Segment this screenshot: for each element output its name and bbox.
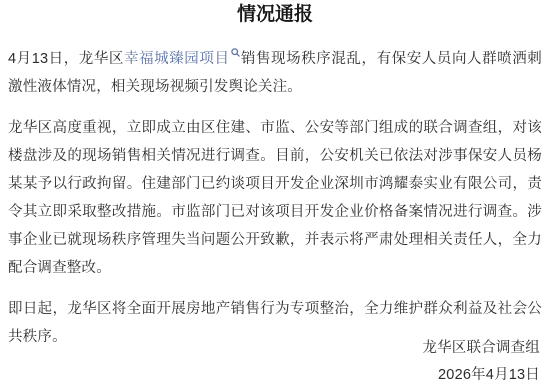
paragraph-2: 龙华区高度重视，立即成立由区住建、市监、公安等部门组成的联合调查组，对该楼盘涉及… [8, 114, 542, 282]
paragraph-1: 4月13日，龙华区幸福城臻园项目销售现场秩序混乱，有保安人员向人群喷洒刺激性液体… [8, 39, 542, 101]
entity-link-project[interactable]: 幸福城臻园项目 [124, 51, 241, 67]
signature-org: 龙华区联合调查组 [422, 335, 540, 362]
entity-link-text[interactable]: 幸福城臻园项目 [124, 51, 230, 67]
signature-block: 龙华区联合调查组 2026年4月13日 [422, 335, 540, 389]
signature-date: 2026年4月13日 [422, 362, 540, 389]
paragraph-1-prefix: 4月13日，龙华区 [8, 51, 124, 67]
search-icon [231, 39, 240, 67]
page-title: 情况通报 [8, 3, 542, 27]
notice-document: 情况通报 4月13日，龙华区幸福城臻园项目销售现场秩序混乱，有保安人员向人群喷洒… [0, 0, 550, 351]
